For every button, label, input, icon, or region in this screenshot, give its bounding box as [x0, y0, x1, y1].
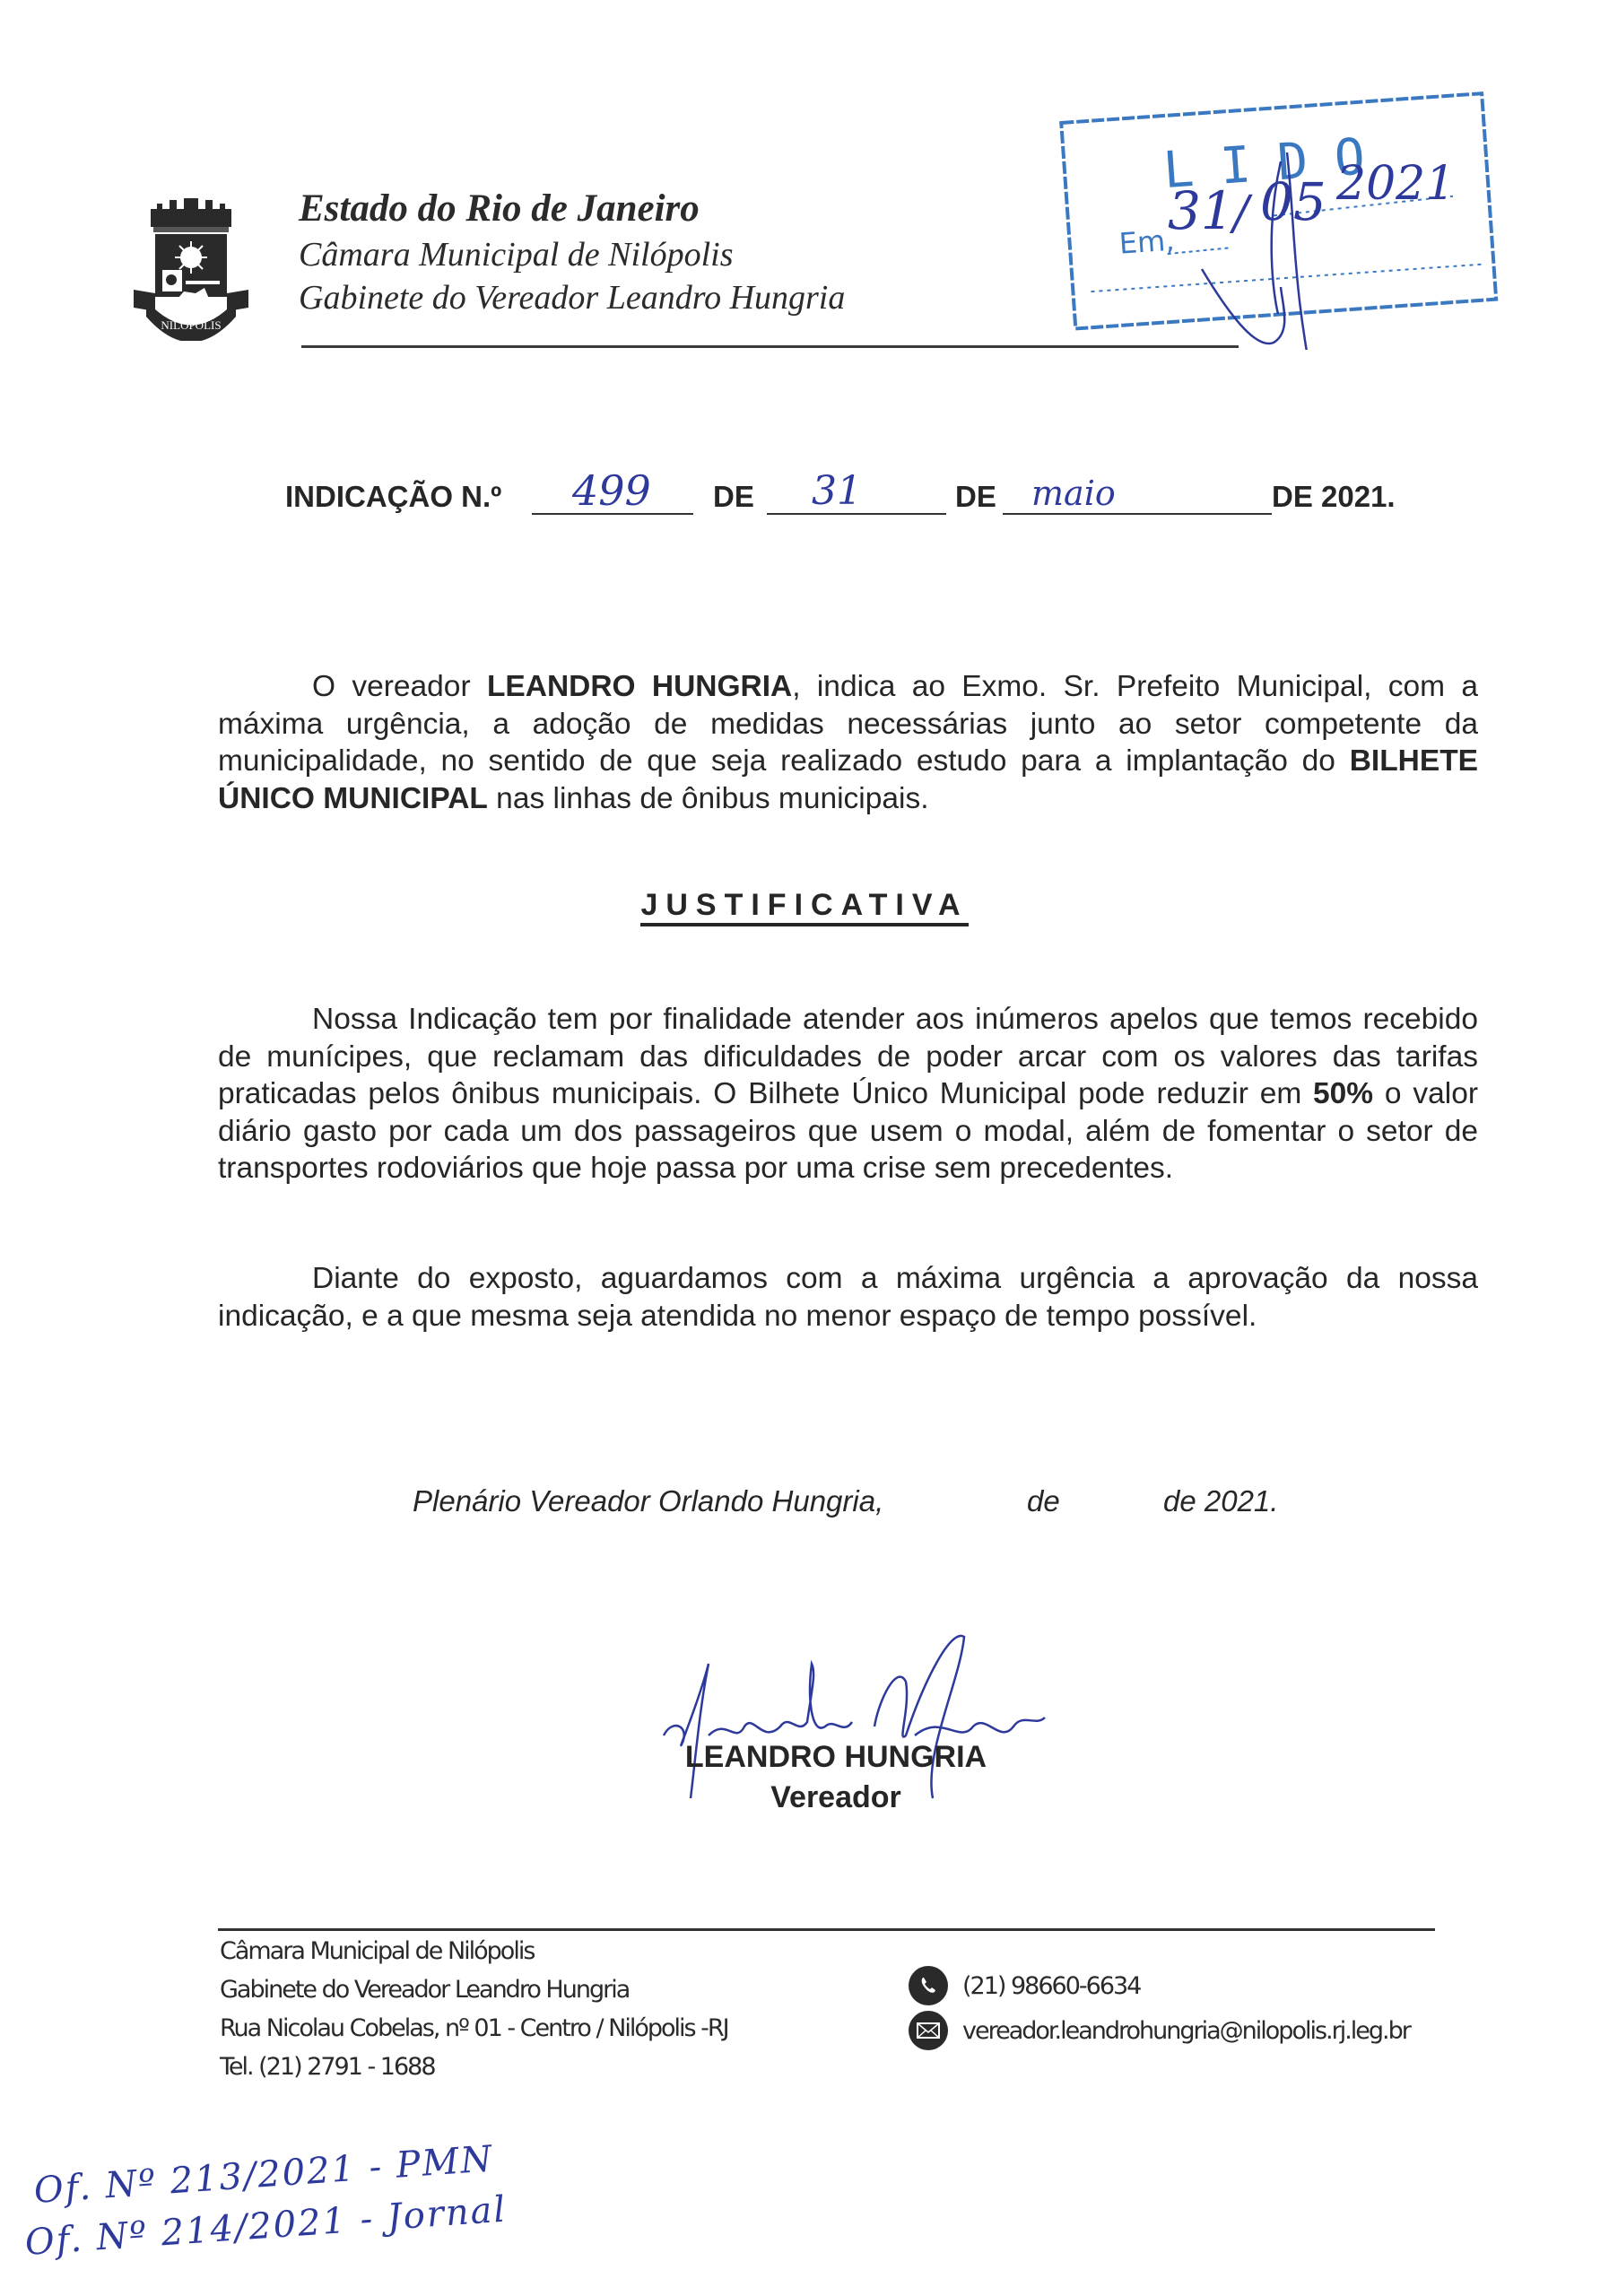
- svg-text:31: 31: [1168, 180, 1234, 241]
- plenario-year: de 2021.: [1163, 1484, 1278, 1518]
- indicacao-day-handwritten: 31: [812, 468, 862, 514]
- indicacao-label: INDICAÇÃO N.º: [285, 480, 501, 514]
- justification-paragraph: Nossa Indicação tem por finalidade atend…: [218, 1001, 1478, 1187]
- justification-heading: JUSTIFICATIVA: [0, 888, 1609, 923]
- header-office: Gabinete do Vereador Leandro Hungria: [299, 278, 845, 317]
- signatory-name: LEANDRO HUNGRIA: [0, 1740, 1609, 1775]
- email-address: vereador.leandrohungria@nilopolis.rj.leg…: [962, 2017, 1410, 2045]
- indicacao-de-2: DE: [955, 480, 996, 514]
- envelope-icon: [909, 2011, 948, 2050]
- footer-telephone: Tel. (21) 2791 - 1688: [220, 2053, 435, 2081]
- indicacao-de-1: DE: [713, 480, 754, 514]
- signatory-role: Vereador: [0, 1780, 1609, 1815]
- plenario-place: Plenário Vereador Orlando Hungria,: [413, 1484, 883, 1518]
- footer-whatsapp: (21) 98660-6634: [909, 1966, 1140, 2005]
- footer-office: Gabinete do Vereador Leandro Hungria: [220, 1976, 629, 2004]
- indicacao-paragraph: O vereador LEANDRO HUNGRIA, indica ao Ex…: [218, 668, 1478, 817]
- indicacao-year: DE 2021.: [1272, 480, 1396, 514]
- footer-chamber: Câmara Municipal de Nilópolis: [220, 1937, 534, 1965]
- svg-text:2021: 2021: [1335, 157, 1455, 211]
- closing-paragraph: Diante do exposto, aguardamos com a máxi…: [218, 1260, 1478, 1335]
- municipal-crest-logo: NILOPOLIS: [128, 193, 254, 341]
- indicacao-month-handwritten: maio: [1031, 474, 1116, 513]
- indicacao-number-handwritten: 499: [572, 466, 651, 515]
- lido-received-stamp: LIDO Em, 31 / 05 2021: [1049, 54, 1516, 350]
- indicacao-month-blank: [1003, 513, 1272, 515]
- header-chamber: Câmara Municipal de Nilópolis: [299, 235, 734, 274]
- svg-text:NILOPOLIS: NILOPOLIS: [161, 318, 221, 332]
- footer-address: Rua Nicolau Cobelas, nº 01 - Centro / Ni…: [220, 2014, 728, 2042]
- footer-email: vereador.leandrohungria@nilopolis.rj.leg…: [909, 2011, 1410, 2050]
- svg-text:Em,: Em,: [1118, 223, 1175, 261]
- plenario-de: de: [1027, 1484, 1060, 1518]
- whatsapp-number: (21) 98660-6634: [962, 1972, 1140, 2000]
- whatsapp-icon: [909, 1966, 948, 2005]
- header-state-title: Estado do Rio de Janeiro: [299, 187, 700, 230]
- footer-divider: [218, 1928, 1435, 1931]
- svg-text:/: /: [1229, 187, 1253, 240]
